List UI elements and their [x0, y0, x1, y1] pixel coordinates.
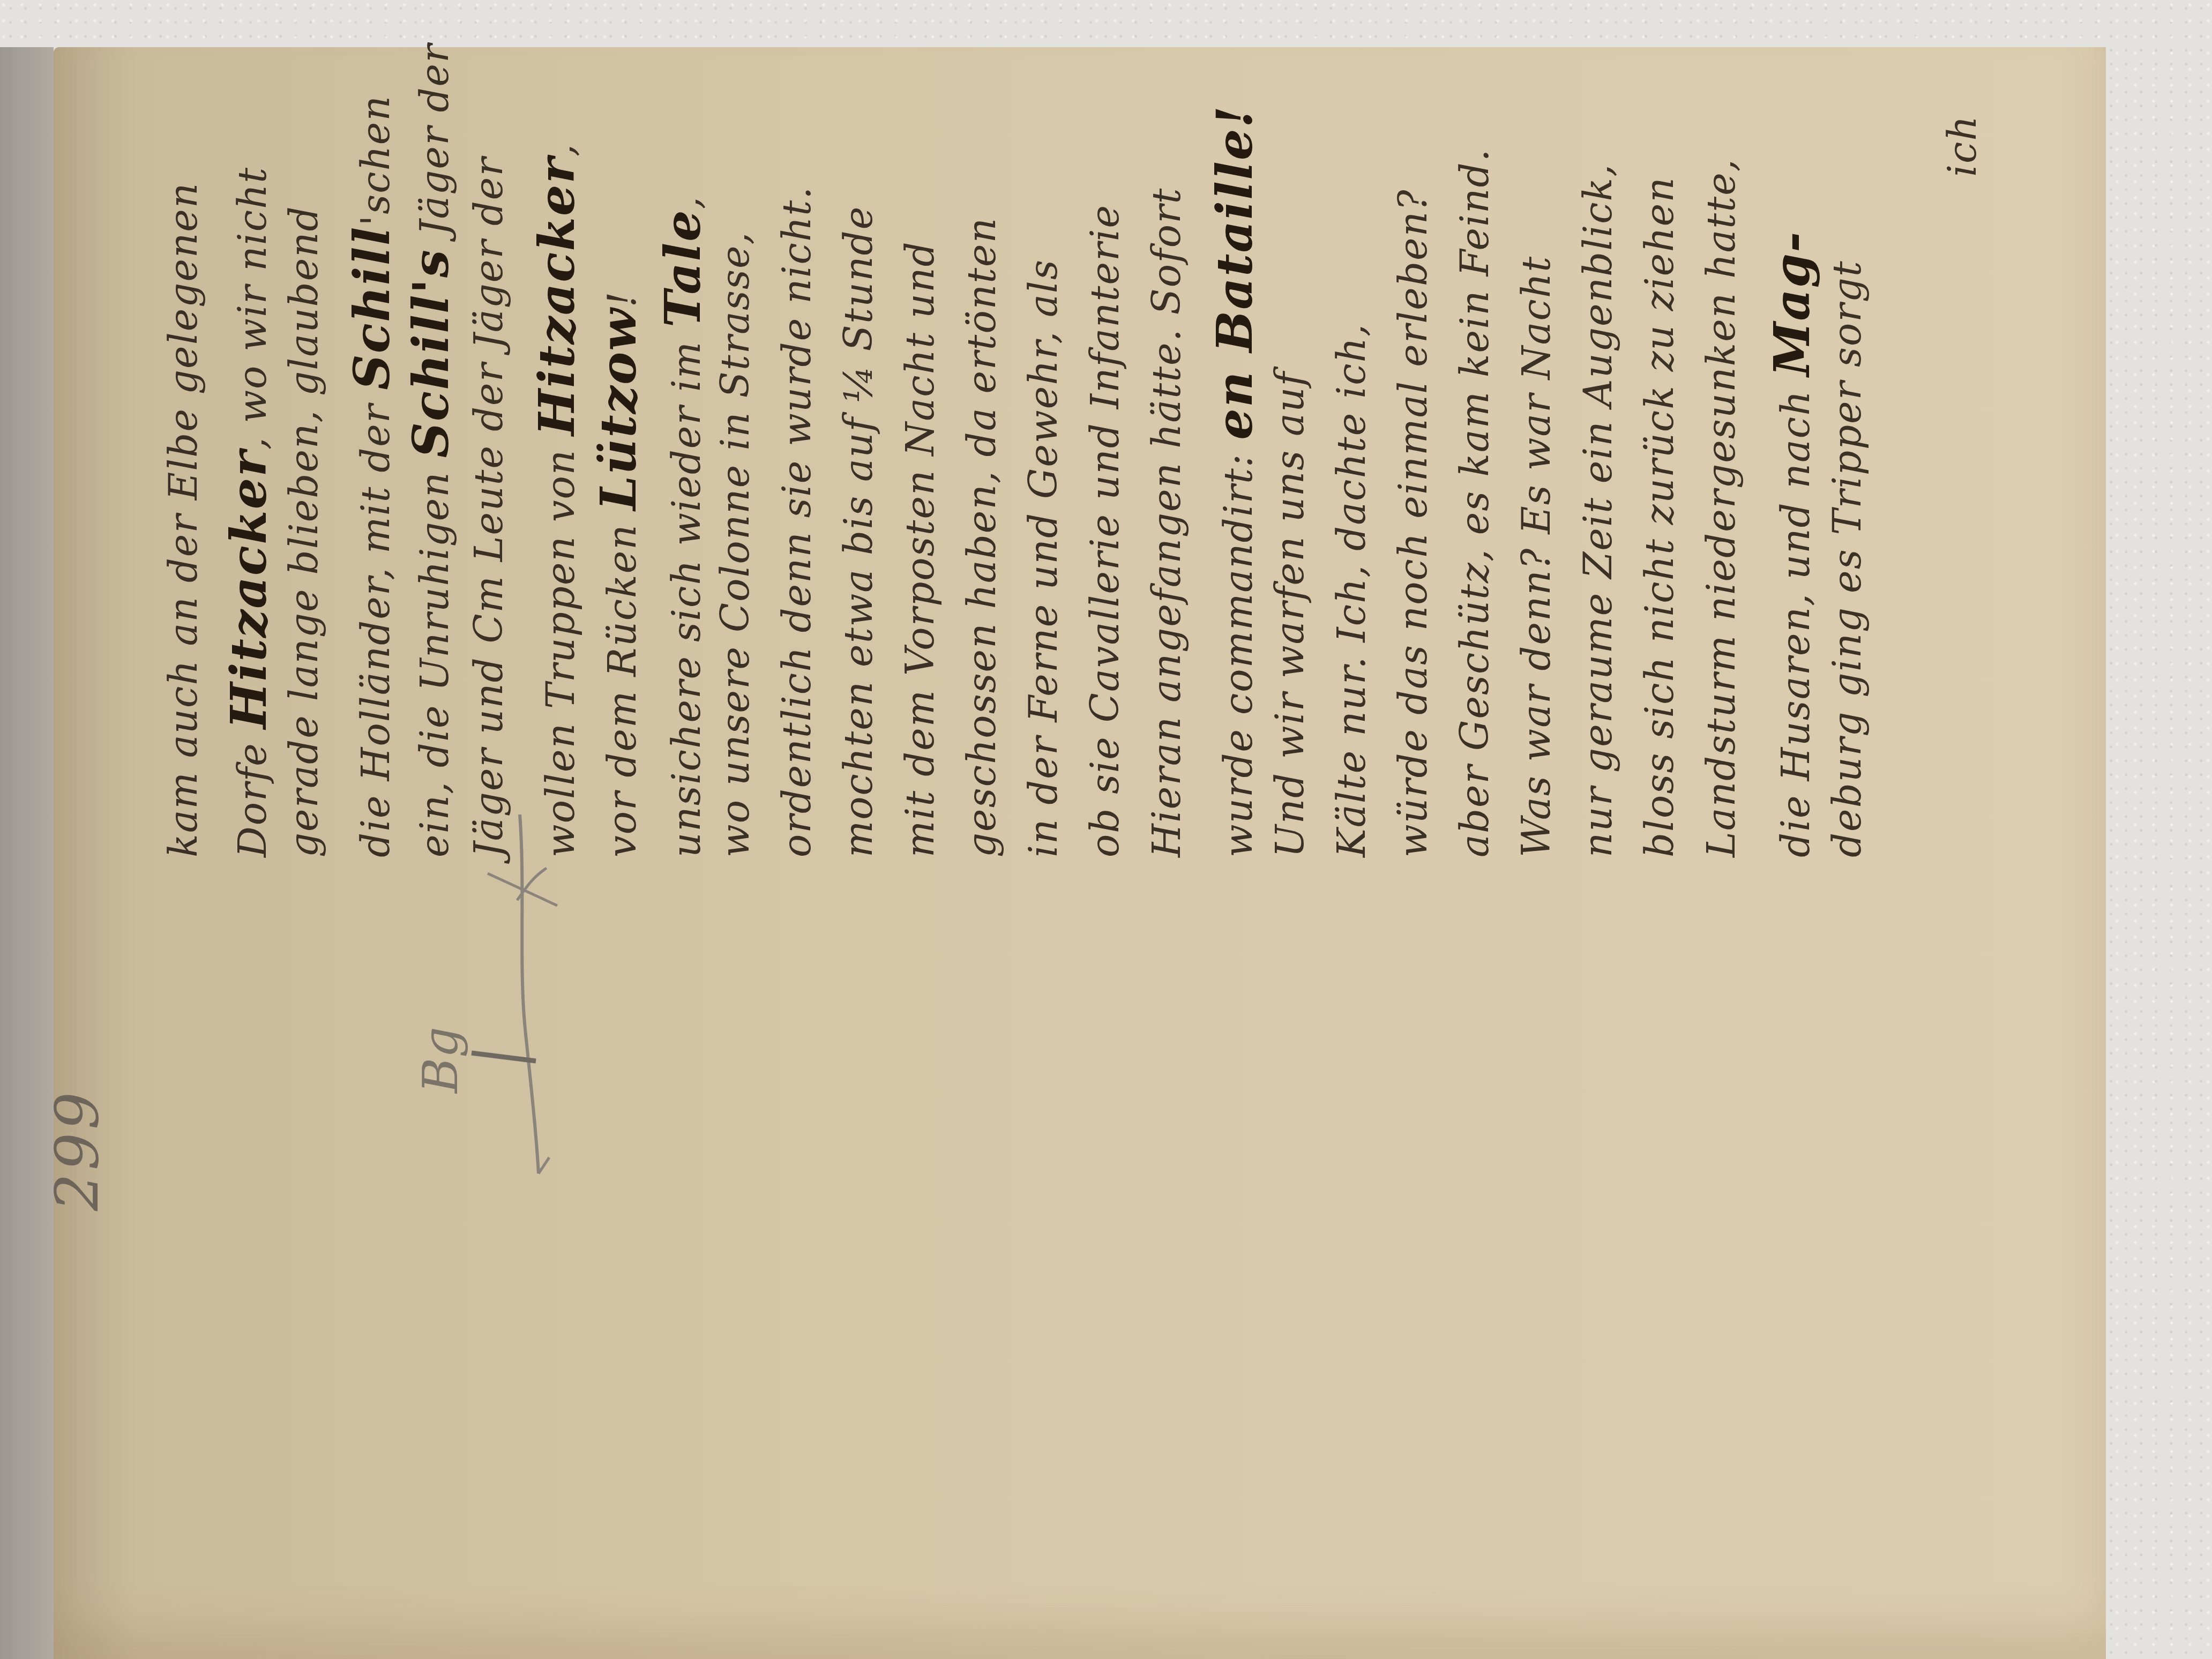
text-line: ordentlich denn sie wurde nicht.	[774, 186, 819, 857]
handwritten-text-block: kam auch an der Elbe gelegenen Dorfe Hit…	[0, 0, 2212, 1659]
text-line: die Husaren, und nach Mag-	[1763, 231, 1821, 857]
text-line: wurde commandirt: en Bataille!	[1206, 105, 1264, 857]
latin-word: Schill	[343, 226, 401, 390]
latin-word: Hitzacker	[220, 450, 278, 729]
text-line: Dorfe Hitzacker, wo wir nicht	[220, 167, 278, 857]
text-line: unsichere sich wieder im Tale,	[654, 196, 712, 857]
text-line: ein, die Unruhigen Schill's Jäger der	[402, 43, 460, 857]
latin-word: Tale	[654, 209, 712, 327]
text-line: wollen Truppen von Hitzacker,	[528, 143, 586, 857]
text-line: ob sie Cavallerie und Infanterie	[1082, 204, 1127, 857]
text-line: wo unsere Colonne in Strasse,	[713, 231, 758, 857]
text-line: deburg ging es Tripper sorgt	[1825, 260, 1870, 857]
text-line: Jäger und Cm Leute der Jäger der	[466, 156, 511, 857]
text-line: aber Geschütz, es kam kein Feind.	[1452, 148, 1497, 857]
text-line: Was war denn? Es war Nacht	[1514, 256, 1559, 857]
text-line: in der Ferne und Gewehr, als	[1021, 259, 1066, 857]
latin-word: Mag-	[1763, 231, 1821, 377]
text-line: Und wir warfen uns auf	[1267, 371, 1312, 857]
latin-word: en Bataille!	[1206, 105, 1264, 440]
text-line: ich	[1940, 115, 1985, 177]
text-line: Kälte nur. Ich, dachte ich,	[1329, 323, 1374, 857]
latin-word: Lützow	[589, 308, 647, 511]
text-line: vor dem Rücken Lützow!	[589, 291, 647, 857]
text-line: würde das noch einmal erleben?	[1391, 189, 1436, 857]
latin-word: Hitzacker	[528, 156, 586, 436]
latin-word: Schill's	[402, 249, 460, 458]
text-line: bloss sich nicht zurück zu ziehen	[1637, 176, 1682, 857]
text-line: kam auch an der Elbe gelegenen	[161, 182, 206, 857]
text-line: geschossen haben, da ertönten	[959, 217, 1004, 857]
text-line: Hieran angefangen hätte. Sofort	[1144, 188, 1189, 858]
text-line: die Holländer, mit der Schill'schen	[343, 95, 401, 857]
text-line: Landsturm niedergesunken hatte,	[1699, 158, 1744, 857]
text-line: nur geraume Zeit ein Augenblick,	[1575, 163, 1620, 857]
text-line: mit dem Vorposten Nacht und	[898, 241, 943, 857]
text-line: mochten etwa bis auf ¼ Stunde	[836, 206, 881, 857]
text-line: gerade lange blieben, glaubend	[281, 205, 326, 857]
